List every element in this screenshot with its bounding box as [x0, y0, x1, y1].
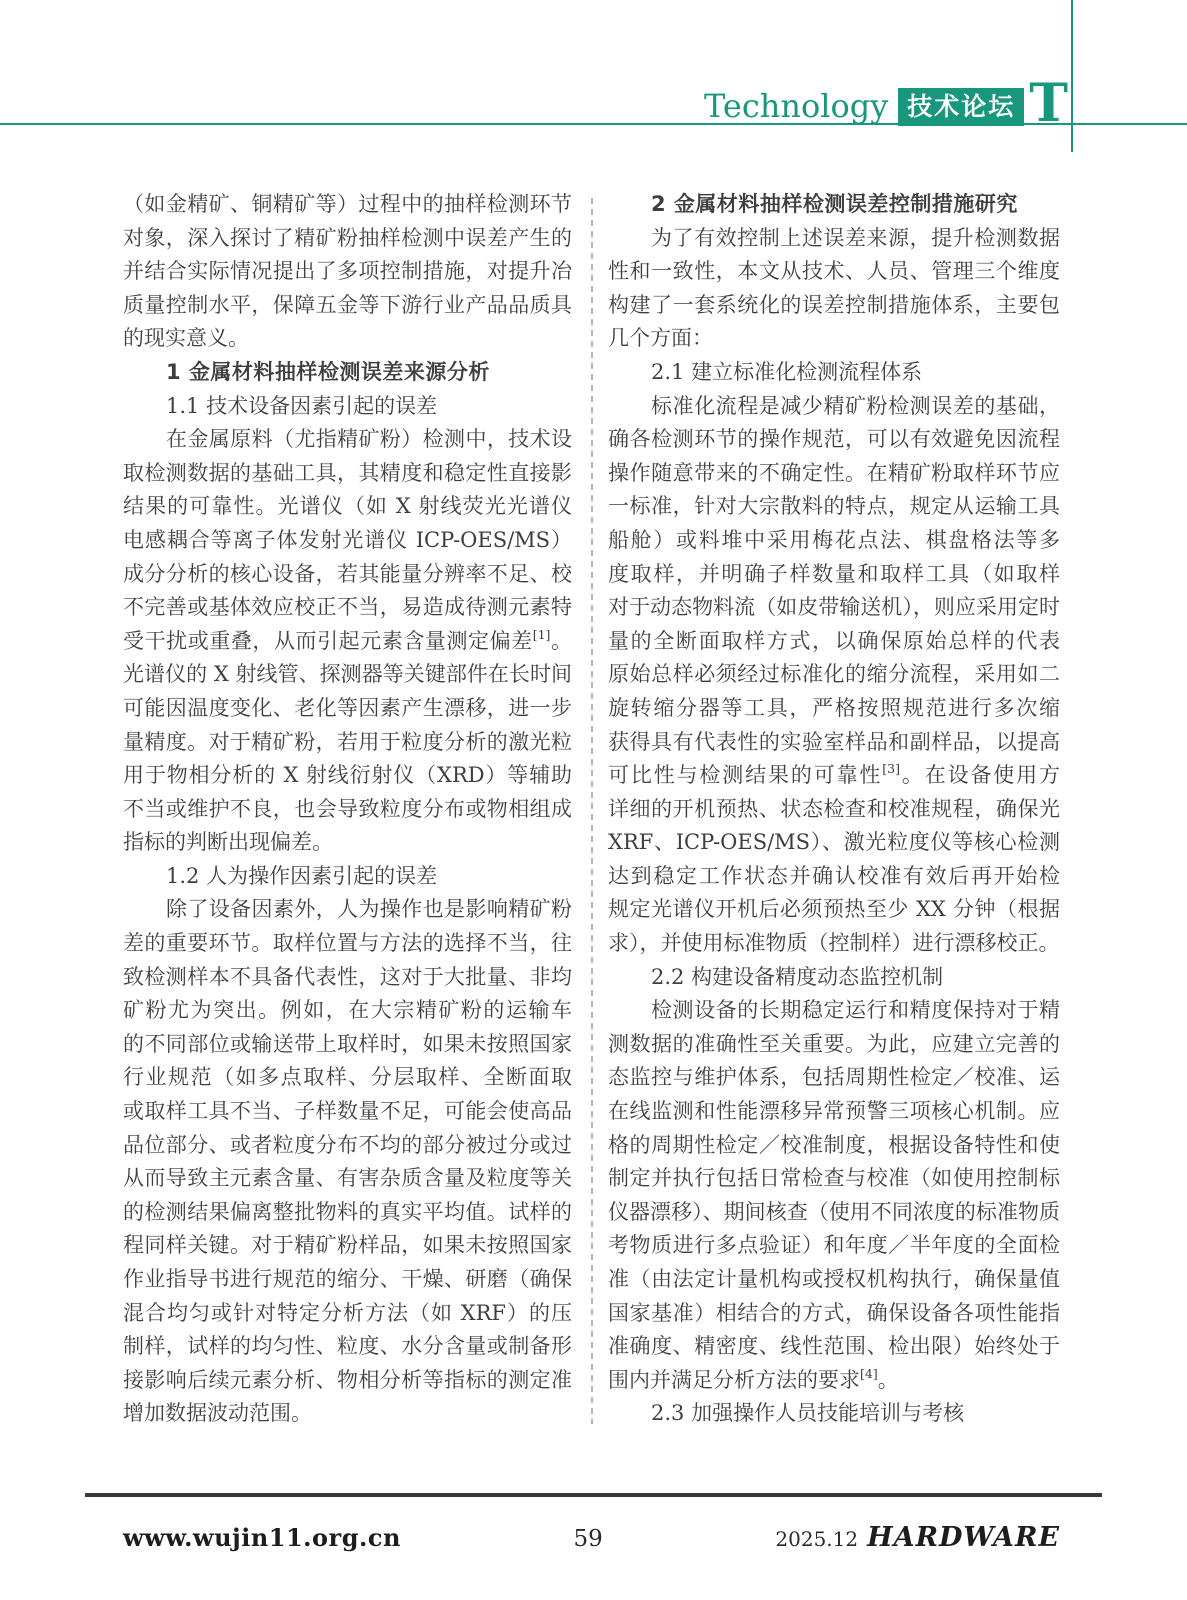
text-line: 或取样工具不当、子样数量不足，可能会使高品位或低	[123, 1095, 572, 1129]
citation-reference: [1]	[533, 627, 551, 642]
subsection-heading: 2.3 加强操作人员技能培训与考核	[608, 1397, 1060, 1431]
footer-magazine-name: HARDWARE	[867, 1522, 1060, 1553]
text-line: 并结合实际情况提出了多项控制措施，对提升冶炼原料	[123, 255, 572, 289]
text-line: 对于动态物料流（如皮带输送机），则应采用定时或定	[608, 591, 1060, 625]
article-right-column: 2 金属材料抽样检测误差控制措施研究为了有效控制上述误差来源，提升检测数据的准确…	[608, 188, 1060, 1431]
text-line: XRF、ICP-OES/MS）、激光粒度仪等核心检测仪器在	[608, 826, 1060, 860]
text-line: 标准化流程是减少精矿粉检测误差的基础，通过明	[608, 390, 1060, 424]
text-line: 考物质进行多点验证）和年度／半年度的全面检定／校	[608, 1229, 1060, 1263]
citation-reference: [4]	[860, 1366, 878, 1381]
text-line: 不完善或基体效应校正不当，易造成待测元素特征谱线	[123, 591, 572, 625]
text-line: 一标准，针对大宗散料的特点，规定从运输工具（如车厢、	[608, 490, 1060, 524]
text-line: 检测设备的长期稳定运行和精度保持对于精矿粉检	[608, 994, 1060, 1028]
text-line: 操作随意带来的不确定性。在精矿粉取样环节应制定统	[608, 457, 1060, 491]
text-line: 除了设备因素外，人为操作也是影响精矿粉检测误	[123, 893, 572, 927]
text-line: 程同样关键。对于精矿粉样品，如果未按照国家标准或	[123, 1229, 572, 1263]
column-divider	[591, 198, 593, 1424]
text-line: 为了有效控制上述误差来源，提升检测数据的准确	[608, 222, 1060, 256]
text-line: 受干扰或重叠，从而引起元素含量测定偏差[1]。此外，	[123, 625, 572, 659]
text-line: 求），并使用标准物质（控制样）进行漂移校正。	[608, 927, 1060, 961]
text-line: 指标的判断出现偏差。	[123, 826, 572, 860]
text-line: 成分分析的核心设备，若其能量分辨率不足、校准曲线	[123, 558, 572, 592]
header-section-title-en: Technology	[704, 86, 888, 126]
header-section-badge: 技术论坛	[898, 88, 1024, 126]
text-line: 增加数据波动范围。	[123, 1397, 572, 1431]
text-line: 获得具有代表性的实验室样品和副样品，以提高样本的	[608, 726, 1060, 760]
text-line: 制定并执行包括日常检查与校准（如使用控制标样检查	[608, 1162, 1060, 1196]
text-line: 规定光谱仪开机后必须预热至少 XX 分钟（根据仪器要	[608, 893, 1060, 927]
citation-reference: [3]	[882, 761, 900, 776]
text-line: 准（由法定计量机构或授权机构执行，确保量值溯源至	[608, 1263, 1060, 1297]
subsection-heading: 2.2 构建设备精度动态监控机制	[608, 961, 1060, 995]
text-line: 结果的可靠性。光谱仪（如 X 射线荧光光谱仪 XRF 或	[123, 490, 572, 524]
text-line: 矿粉尤为突出。例如，在大宗精矿粉的运输车辆、料堆	[123, 994, 572, 1028]
text-line: 在金属原料（尤指精矿粉）检测中，技术设备是获	[123, 423, 572, 457]
text-line: 态监控与维护体系，包括周期性检定／校准、运行状态	[608, 1061, 1060, 1095]
text-line: 测数据的准确性至关重要。为此，应建立完善的设备动	[608, 1028, 1060, 1062]
text-line: 格的周期性检定／校准制度，根据设备特性和使用频率，	[608, 1129, 1060, 1163]
text-line: 从而导致主元素含量、有害杂质含量及粒度等关键指标	[123, 1162, 572, 1196]
footer-rule	[85, 1493, 1102, 1497]
subsection-heading: 1.1 技术设备因素引起的误差	[123, 390, 572, 424]
text-line: 国家基准）相结合的方式，确保设备各项性能指标（如	[608, 1297, 1060, 1331]
text-line: 确各检测环节的操作规范，可以有效避免因流程混乱或	[608, 423, 1060, 457]
text-line: 原始总样必须经过标准化的缩分流程，采用如二分器、	[608, 658, 1060, 692]
text-line: 光谱仪的 X 射线管、探测器等关键部件在长时间运行后	[123, 658, 572, 692]
subsection-heading: 2.1 建立标准化检测流程体系	[608, 356, 1060, 390]
text-line: 旋转缩分器等工具，严格按照规范进行多次缩分，直至	[608, 692, 1060, 726]
text-line: 用于物相分析的 X 射线衍射仪（XRD）等辅助设备校准	[123, 759, 572, 793]
journal-page: Technology 技术论坛 T （如金精矿、铜精矿等）过程中的抽样检测环节为…	[0, 0, 1187, 1600]
text-line: 构建了一套系统化的误差控制措施体系，主要包括以下	[608, 289, 1060, 323]
text-line: 质量控制水平，保障五金等下游行业产品品质具有重要	[123, 289, 572, 323]
text-line: 的不同部位或输送带上取样时，如果未按照国家标准或	[123, 1028, 572, 1062]
text-line: 作业指导书进行规范的缩分、干燥、研磨（确保粒度）、	[123, 1263, 572, 1297]
section-heading: 2 金属材料抽样检测误差控制措施研究	[608, 188, 1060, 222]
text-line: 量精度。对于精矿粉，若用于粒度分析的激光粒度仪或	[123, 726, 572, 760]
text-line: （如金精矿、铜精矿等）过程中的抽样检测环节为研究	[123, 188, 572, 222]
footer-issue-block: 2025.12 HARDWARE	[775, 1522, 1060, 1553]
text-line: 接影响后续元素分析、物相分析等指标的测定准确性，	[123, 1364, 572, 1398]
text-line: 性和一致性，本文从技术、人员、管理三个维度出发，	[608, 255, 1060, 289]
text-line: 混合均匀或针对特定分析方法（如 XRF）的压片／熔融	[123, 1297, 572, 1331]
footer-page-number: 59	[574, 1526, 603, 1552]
article-left-column: （如金精矿、铜精矿等）过程中的抽样检测环节为研究对象，深入探讨了精矿粉抽样检测中…	[123, 188, 572, 1431]
text-line: 准确度、精密度、线性范围、检出限）始终处于可控范	[608, 1330, 1060, 1364]
text-line: 度取样，并明确子样数量和取样工具（如取样铲、探管）；	[608, 558, 1060, 592]
subsection-heading: 1.2 人为操作因素引起的误差	[123, 860, 572, 894]
text-line: 制样，试样的均匀性、粒度、水分含量或制备形态会直	[123, 1330, 572, 1364]
text-line: 在线监测和性能漂移异常预警三项核心机制。应实施严	[608, 1095, 1060, 1129]
text-line: 几个方面：	[608, 322, 1060, 356]
text-line: 对象，深入探讨了精矿粉抽样检测中误差产生的根源，	[123, 222, 572, 256]
text-line: 达到稳定工作状态并确认校准有效后再开始检测。例如，	[608, 860, 1060, 894]
page-header: Technology 技术论坛 T	[704, 80, 1068, 126]
text-line: 围内并满足分析方法的要求[4]。	[608, 1364, 1060, 1398]
text-line: 行业规范（如多点取样、分层取样、全断面取样）进行，	[123, 1061, 572, 1095]
text-line: 可比性与检测结果的可靠性[3]。在设备使用方面，制定	[608, 759, 1060, 793]
text-line: 电感耦合等离子体发射光谱仪 ICP-OES/MS）作为元素	[123, 524, 572, 558]
text-line: 取检测数据的基础工具，其精度和稳定性直接影响检测	[123, 457, 572, 491]
text-line: 差的重要环节。取样位置与方法的选择不当，往往会导	[123, 927, 572, 961]
footer-website: www.wujin11.org.cn	[123, 1523, 401, 1552]
text-line: 品位部分、或者粒度分布不均的部分被过分或过少代表，	[123, 1129, 572, 1163]
text-line: 可能因温度变化、老化等因素产生漂移，进一步影响测	[123, 692, 572, 726]
text-line: 船舱）或料堆中采用梅花点法、棋盘格法等多点、多深	[608, 524, 1060, 558]
header-vertical-rule	[1071, 0, 1073, 152]
section-heading: 1 金属材料抽样检测误差来源分析	[123, 356, 572, 390]
text-line: 详细的开机预热、状态检查和校准规程，确保光谱仪（如	[608, 793, 1060, 827]
footer-issue-date: 2025.12	[775, 1527, 858, 1551]
text-line: 量的全断面取样方式，以确保原始总样的代表性。随后，	[608, 625, 1060, 659]
text-line: 的检测结果偏离整批物料的真实平均值。试样的制备过	[123, 1196, 572, 1230]
page-footer: www.wujin11.org.cn 59 2025.12 HARDWARE	[123, 1522, 1060, 1553]
text-line: 的现实意义。	[123, 322, 572, 356]
text-line: 仪器漂移）、期间核查（使用不同浓度的标准物质或参	[608, 1196, 1060, 1230]
header-section-initial: T	[1029, 82, 1068, 126]
text-line: 不当或维护不良，也会导致粒度分布或物相组成等关键	[123, 793, 572, 827]
text-line: 致检测样本不具备代表性，这对于大批量、非均质的精	[123, 961, 572, 995]
